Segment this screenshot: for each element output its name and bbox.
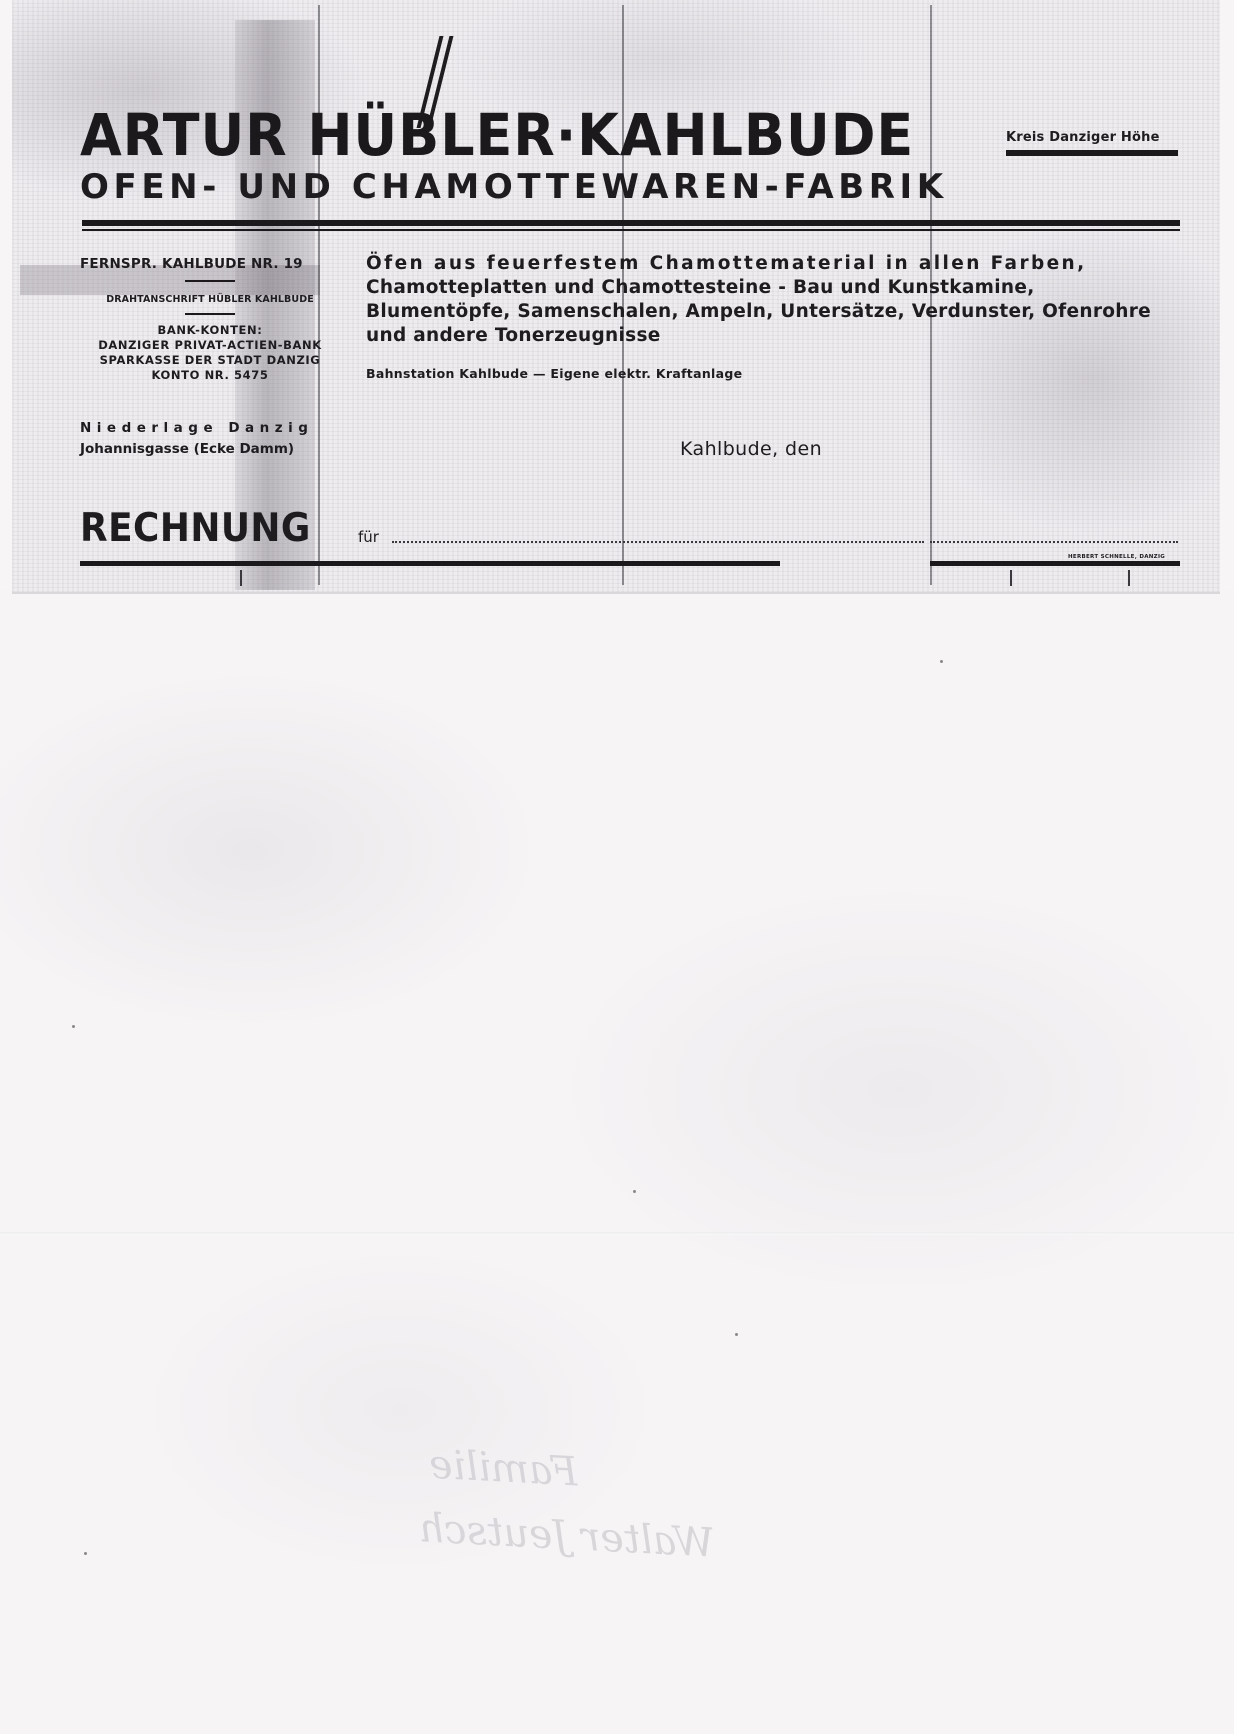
header-rule-thin	[82, 229, 1180, 231]
for-label: für	[358, 528, 379, 546]
header-rule	[82, 220, 1180, 226]
account-number: KONTO NR. 5475	[80, 368, 340, 383]
scan-mark	[1128, 570, 1130, 586]
bleed-through-handwriting: Familie Walter Jeutsch	[417, 1432, 719, 1575]
paper-speck	[940, 660, 943, 663]
telegram-address: DRAHTANSCHRIFT HÜBLER KAHLBUDE	[80, 294, 340, 305]
region-label: Kreis Danziger Höhe	[1006, 130, 1160, 145]
phone-number: FERNSPR. KAHLBUDE NR. 19	[80, 256, 340, 272]
product-line: Öfen aus feuerfestem Chamottematerial in…	[366, 252, 1186, 276]
handwriting-line: Familie	[420, 1432, 579, 1504]
printer-credit: HERBERT SCHNELLE, DANZIG	[1068, 554, 1165, 560]
footer-rule	[80, 561, 780, 566]
bank-name-1: DANZIGER PRIVAT-ACTIEN-BANK	[80, 338, 340, 353]
recipient-line	[392, 541, 924, 543]
separator	[185, 313, 235, 315]
station-line: Bahnstation Kahlbude — Eigene elektr. Kr…	[366, 366, 742, 381]
paper-speck	[633, 1190, 636, 1193]
bank-name-2: SPARKASSE DER STADT DANZIG	[80, 353, 340, 368]
company-subtitle: OFEN- UND CHAMOTTEWAREN-FABRIK	[80, 170, 948, 204]
company-name: ARTUR HÜBLER·KAHLBUDE	[80, 106, 914, 164]
depot-label: Niederlage Danzig	[80, 418, 313, 439]
depot-block: Niederlage Danzig Johannisgasse (Ecke Da…	[80, 418, 313, 460]
region-rule	[1006, 150, 1178, 156]
scan-mark	[240, 570, 242, 586]
paper-speck	[84, 1552, 87, 1555]
paper-speck	[72, 1025, 75, 1028]
place-date-field: Kahlbude, den	[680, 438, 822, 460]
contact-block: FERNSPR. KAHLBUDE NR. 19 DRAHTANSCHRIFT …	[80, 256, 340, 383]
recipient-line	[930, 541, 1178, 543]
product-line: Blumentöpfe, Samenschalen, Ampeln, Unter…	[366, 300, 1186, 324]
invoice-title: RECHNUNG	[80, 506, 311, 551]
paper-fold	[0, 1232, 1234, 1235]
paper-speck	[735, 1333, 738, 1336]
footer-rule	[930, 561, 1180, 566]
product-line: und andere Tonerzeugnisse	[366, 324, 1186, 348]
depot-address: Johannisgasse (Ecke Damm)	[80, 439, 313, 460]
scan-mark	[1010, 570, 1012, 586]
product-line: Chamotteplatten und Chamottesteine - Bau…	[366, 276, 1186, 300]
product-list: Öfen aus feuerfestem Chamottematerial in…	[366, 252, 1186, 348]
bank-heading: BANK-KONTEN:	[80, 323, 340, 338]
separator	[185, 280, 235, 282]
